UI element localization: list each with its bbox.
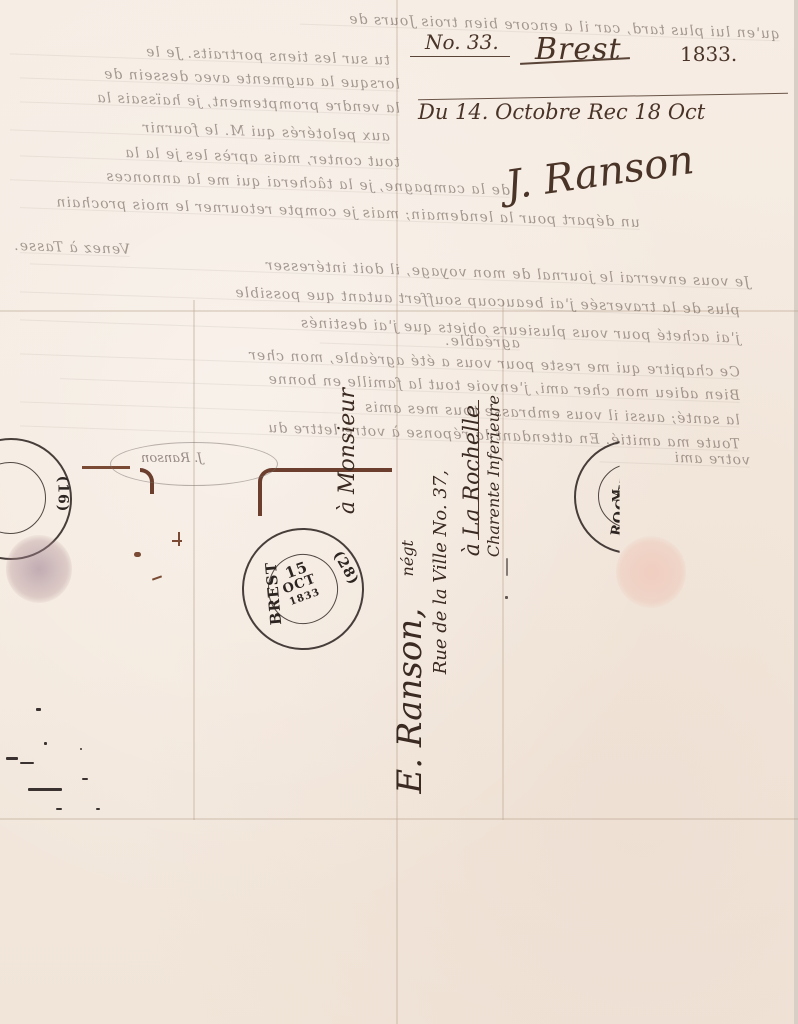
docket-reference-number: No. 33. (425, 30, 499, 54)
postmark-mark: M (610, 488, 624, 502)
faded-cancel-specks (0, 700, 140, 820)
bleed-line: de la campagne, je la tâcherai qui me la… (10, 165, 510, 197)
ink-spot (178, 532, 180, 546)
postmark-inner-ring (0, 462, 46, 534)
brest-postmark: BREST 15 OCT 1833 (28) (225, 511, 381, 667)
address-name: E. Ranson, (390, 608, 430, 794)
ink-spot (172, 540, 182, 542)
speck (506, 558, 508, 576)
address-street: Rue de la Ville No. 37, (430, 470, 451, 674)
ink-brace-right (258, 468, 392, 516)
speck (6, 757, 18, 760)
address-occupation: négt (398, 540, 417, 576)
speck (82, 778, 88, 780)
bleed-line: aux pelotérés qui M. le fournir (10, 115, 390, 143)
docket-underline (410, 56, 510, 57)
bleed-line: la vendre promptement, je haïssais la (20, 87, 400, 115)
address-city: à La Rochelle (460, 405, 485, 556)
wax-seal-stain-left (6, 535, 72, 603)
ink-spot (134, 552, 141, 557)
bleed-line: tout conter, mais après les je la la (20, 141, 400, 169)
ink-spot (152, 575, 162, 580)
speck (36, 708, 41, 711)
bleed-line: lorsque la augmente avec dessein de (20, 63, 400, 91)
speck (44, 742, 47, 745)
bleed-line: tu sur les tiens portraits. Je le (10, 39, 390, 67)
postmark-dept-number: (16) (54, 476, 70, 513)
address-underline (478, 400, 479, 540)
docket-date-line: Du 14. Octobre Rec 18 Oct (418, 100, 705, 124)
speck (56, 808, 62, 810)
speck (505, 596, 508, 599)
speck (28, 788, 62, 791)
speck (20, 762, 34, 764)
wax-seal-stain-right (616, 536, 686, 608)
speck (96, 808, 100, 810)
address-department: Charente Inferieure (484, 395, 503, 557)
oval-handstamp: J. Ranson (110, 442, 278, 486)
speck (80, 748, 82, 750)
address-salutation: à Monsieur (335, 388, 360, 514)
oval-handstamp-text: J. Ranson (141, 451, 203, 466)
docket-year: 1833. (680, 42, 737, 66)
bleed-through-text: qu'en lui plus tard, car il a encore bie… (0, 0, 798, 480)
letter-sheet: qu'en lui plus tard, car il a encore bie… (0, 0, 798, 1024)
